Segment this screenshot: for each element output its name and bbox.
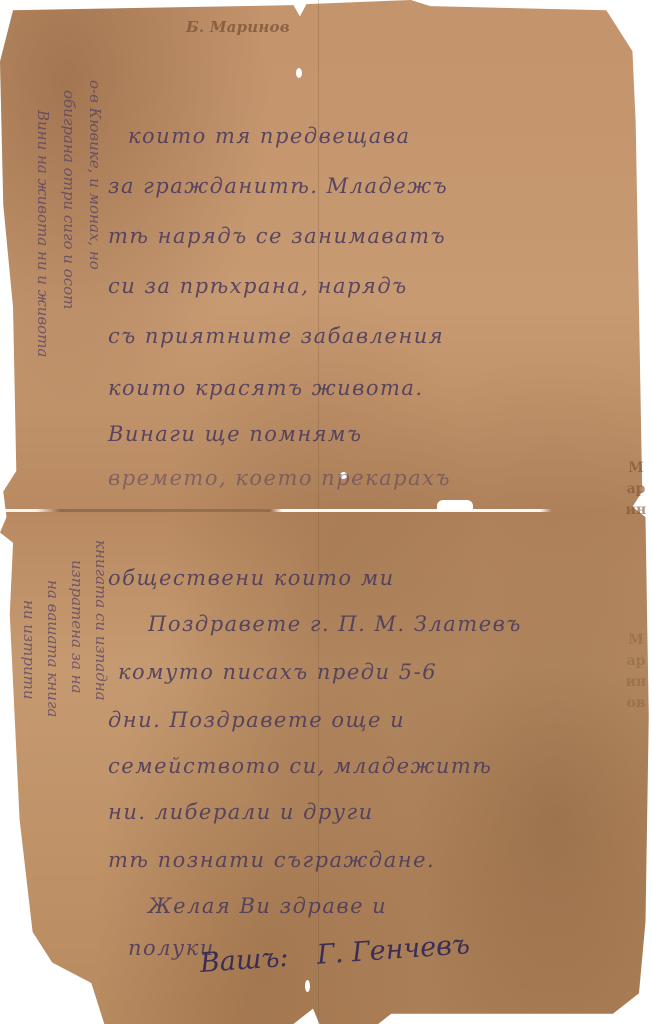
letter-line: Поздравете г. П. М. Златевъ	[148, 612, 522, 636]
horizontal-fold-tear	[0, 509, 600, 512]
letter-line: съ приятните забавления	[108, 324, 444, 348]
stamp-marinov-right: Марин	[625, 458, 647, 521]
margin-note: о-в Кювике, и монах, но	[86, 80, 104, 270]
margin-note: изпратена за на	[68, 560, 86, 693]
letter-line: Желая Ви здраве и	[148, 894, 387, 918]
letter-line: тѣ нарядъ се занимаватъ	[108, 224, 446, 248]
margin-note: обиграна отри сиго и осот	[60, 90, 78, 309]
letter-line: обществени които ми	[108, 566, 395, 590]
letter-line: тѣ познати съграждане.	[108, 848, 435, 872]
letter-line: си за прѣхрана, нарядъ	[108, 274, 408, 298]
paper-hole	[437, 500, 473, 510]
margin-note: Вини на живота ни и живота	[34, 110, 52, 357]
stamp-marinov-top: Б. Маринов	[186, 18, 290, 36]
letter-line: които красятъ живота.	[108, 376, 424, 400]
margin-note: ни изтрити	[20, 600, 38, 700]
letter-line: които тя предвещава	[128, 124, 411, 148]
letter-line: ни. либерали и други	[108, 800, 374, 824]
letter-line: семейството си, младежитѣ	[108, 754, 492, 778]
margin-note: книгата си изпадна	[92, 540, 110, 701]
letter-line: Винаги ще помнямъ	[108, 422, 362, 446]
letter-line: комуто писахъ преди 5-6	[118, 660, 437, 684]
letter-line: дни. Поздравете още и	[108, 708, 405, 732]
stamp-marinov-right-faint: Маринов	[625, 630, 647, 714]
paper-hole	[296, 68, 302, 78]
paper-hole	[305, 980, 310, 992]
letter-line: времето, което прекарахъ	[108, 466, 451, 490]
margin-note: на вашата книга	[44, 580, 62, 717]
signature-closing: Вашъ:	[199, 942, 290, 979]
letter-line: за гражданитѣ. Младежъ	[108, 174, 448, 198]
